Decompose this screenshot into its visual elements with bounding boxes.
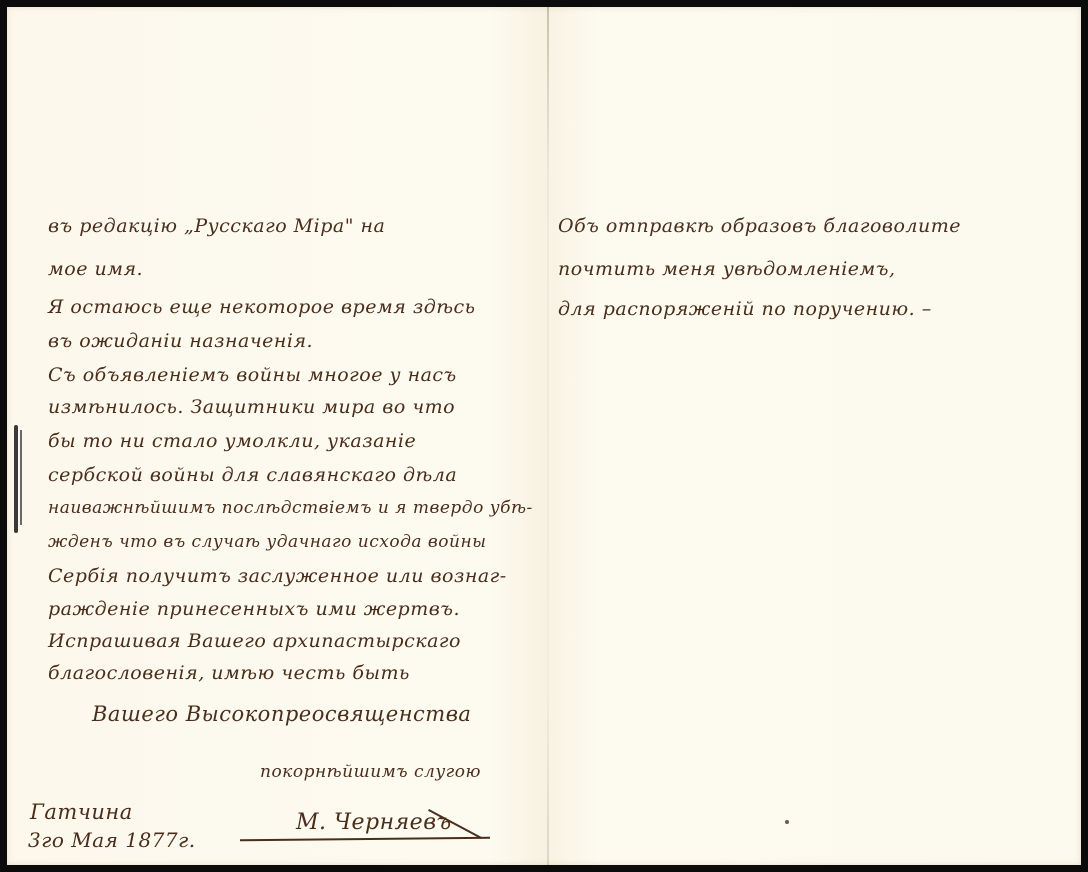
letter-line: благословенія, имѣю честь быть [48,662,410,684]
letter-line: бы то ни стало умолкли, указаніе [48,430,416,452]
letter-line: Сербія получитъ заслуженное или вознаг- [48,565,507,587]
letter-line: жденъ что въ случаѣ удачнаго исхода войн… [48,532,487,552]
letter-line: мое имя. [48,258,143,280]
letter-line: наиважнѣйшимъ послѣдствіемъ и я твердо у… [48,498,533,518]
ink-speck [785,820,789,824]
letter-line: измѣнилось. Защитники мира во что [48,396,455,418]
margin-pencil-mark [14,425,18,533]
letter-line: почтить меня увѣдомленіемъ, [558,258,896,280]
letter-line: въ редакцію „Русскаго Міра" на [48,215,385,237]
letter-line: Объ отправкѣ образовъ благоволите [558,215,961,237]
letter-line: Испрашивая Вашего архипастырскаго [48,630,461,652]
letter-line: Я остаюсь еще некоторое время здѣсь [48,296,475,318]
letter-line: сербской войны для славянскаго дѣла [48,464,457,486]
letter-closing-servant: покорнѣйшимъ слугою [260,762,481,782]
page-fold-line [547,7,549,865]
letter-line: въ ожиданіи назначенія. [48,330,313,352]
letter-line: ражденіе принесенныхъ ими жертвъ. [48,598,460,620]
letter-line: Съ объявленіемъ войны многое у насъ [48,364,457,386]
letter-signature: М. Черняевъ [296,810,452,835]
letter-closing: Вашего Высокопреосвященства [92,702,471,726]
margin-pencil-mark-inner [20,430,22,525]
letter-date: 3го Мая 1877г. [28,828,196,852]
letter-place: Гатчина [30,800,133,824]
letter-line: для распоряженій по поручению. – [558,298,932,320]
